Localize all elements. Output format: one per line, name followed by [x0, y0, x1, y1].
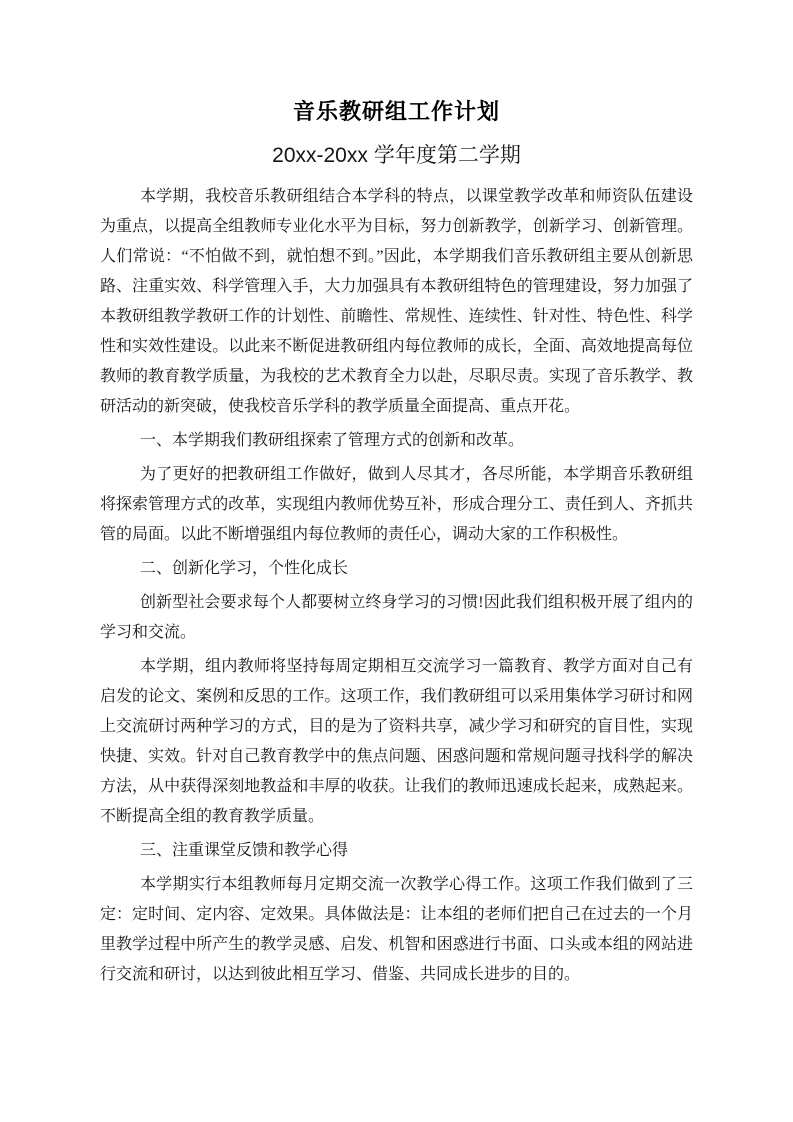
paragraph-section-2a: 创新型社会要求每个人都要树立终身学习的习惯!因此我们组积极开展了组内的学习和交流… [100, 588, 693, 648]
document-page: 音乐教研组工作计划 20xx-20xx学年度第二学期 本学期，我校音乐教研组结合… [0, 0, 793, 1122]
subtitle-year-range: 20xx-20xx [272, 144, 368, 167]
paragraph-section-1: 为了更好的把教研组工作做好，做到人尽其才，各尽所能，本学期音乐教研组将探索管理方… [100, 460, 693, 550]
section-heading-2: 二、创新化学习，个性化成长 [100, 554, 693, 584]
subtitle-semester: 学年度第二学期 [374, 143, 521, 167]
document-body: 本学期，我校音乐教研组结合本学科的特点，以课堂教学改革和师资队伍建设为重点，以提… [100, 182, 693, 990]
paragraph-intro: 本学期，我校音乐教研组结合本学科的特点，以课堂教学改革和师资队伍建设为重点，以提… [100, 182, 693, 422]
document-subtitle: 20xx-20xx学年度第二学期 [100, 141, 693, 170]
document-title: 音乐教研组工作计划 [100, 97, 693, 127]
paragraph-section-3: 本学期实行本组教师每月定期交流一次教学心得工作。这项工作我们做到了三定：定时间、… [100, 870, 693, 990]
section-heading-1: 一、本学期我们教研组探索了管理方式的创新和改革。 [100, 426, 693, 456]
paragraph-section-2b: 本学期，组内教师将坚持每周定期相互交流学习一篇教育、教学方面对自己有启发的论文、… [100, 652, 693, 832]
section-heading-3: 三、注重课堂反馈和教学心得 [100, 836, 693, 866]
